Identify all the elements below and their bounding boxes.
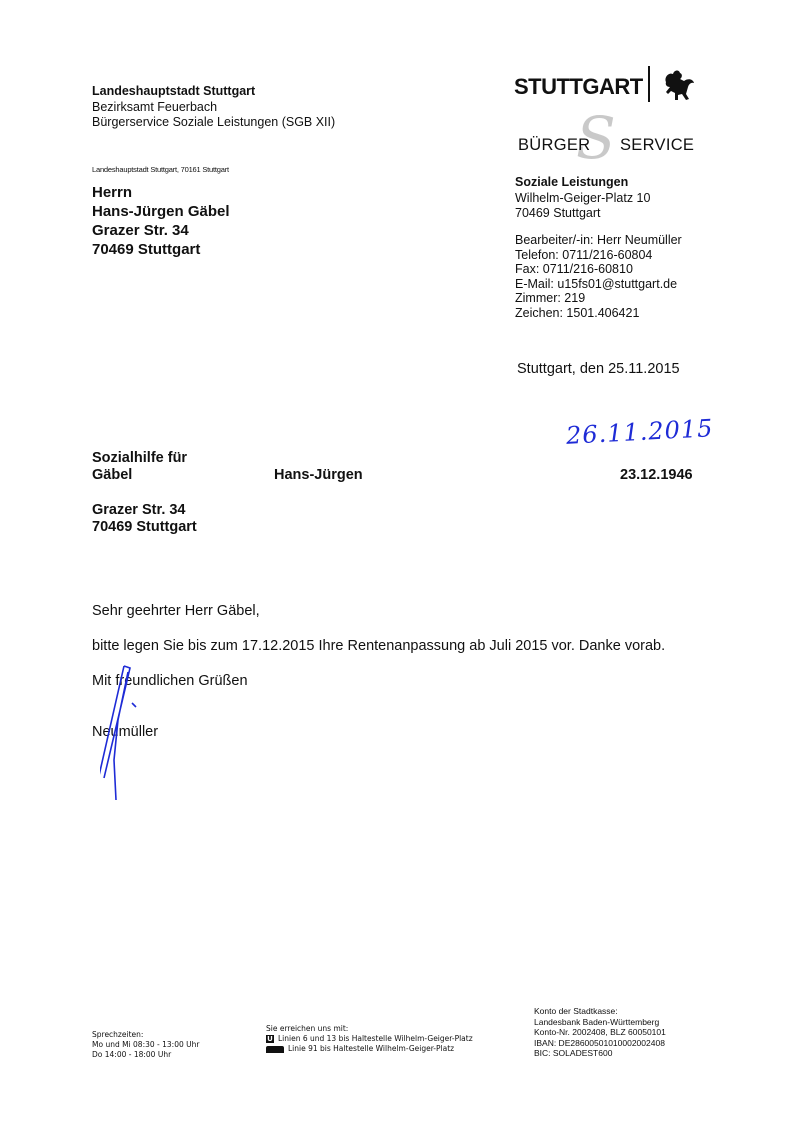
logo-wordmark: STUTTGART: [514, 74, 643, 100]
recipient-address: Herrn Hans-Jürgen Gäbel Grazer Str. 34 7…: [92, 183, 230, 259]
bank-account: Konto-Nr. 2002408, BLZ 60050101: [534, 1027, 666, 1038]
hours-weekday-1: Mo und Mi 08:30 - 13:00 Uhr: [92, 1040, 199, 1050]
sender-organization: Landeshauptstadt Stuttgart: [92, 84, 335, 100]
directions-bus: Linie 91 bis Haltestelle Wilhelm-Geiger-…: [266, 1044, 473, 1054]
recipient-salutation: Herrn: [92, 183, 230, 202]
subject-birth-date: 23.12.1946: [620, 467, 693, 483]
bank-name: Landesbank Baden-Württemberg: [534, 1017, 666, 1028]
sender-department: Bürgerservice Soziale Leistungen (SGB XI…: [92, 115, 335, 131]
directions-bus-text: Linie 91 bis Haltestelle Wilhelm-Geiger-…: [288, 1044, 454, 1054]
bank-iban: IBAN: DE28600501010002002408: [534, 1038, 666, 1049]
logo-service: SERVICE: [620, 136, 694, 155]
office-street: Wilhelm-Geiger-Platz 10: [515, 191, 650, 207]
contact-room: Zimmer: 219: [515, 291, 682, 306]
subject-address: Grazer Str. 34 70469 Stuttgart: [92, 502, 197, 536]
logo-buerger: BÜRGER: [518, 136, 590, 155]
bank-details: Konto der Stadtkasse: Landesbank Baden-W…: [534, 1006, 666, 1059]
ubahn-icon: U: [266, 1035, 274, 1043]
contact-reference: Zeichen: 1501.406421: [515, 306, 682, 321]
subject-street: Grazer Str. 34: [92, 502, 197, 519]
bank-bic: BIC: SOLADEST600: [534, 1048, 666, 1059]
sender-block: Landeshauptstadt Stuttgart Bezirksamt Fe…: [92, 84, 335, 131]
recipient-city: 70469 Stuttgart: [92, 240, 230, 259]
recipient-street: Grazer Str. 34: [92, 221, 230, 240]
contact-handler: Bearbeiter/-in: Herr Neumüller: [515, 233, 682, 248]
return-address: Landeshauptstadt Stuttgart, 70161 Stuttg…: [92, 165, 229, 174]
directions-ubahn: U Linien 6 und 13 bis Haltestelle Wilhel…: [266, 1034, 473, 1044]
contact-phone: Telefon: 0711/216-60804: [515, 248, 682, 263]
hours-title: Sprechzeiten:: [92, 1030, 199, 1040]
handwritten-received-date: 26.11.2015: [565, 414, 714, 450]
bank-title: Konto der Stadtkasse:: [534, 1006, 666, 1017]
subject-first-name: Hans-Jürgen: [274, 467, 363, 483]
subject-last-name: Gäbel: [92, 467, 187, 484]
letter-salutation: Sehr geehrter Herr Gäbel,: [92, 603, 260, 619]
office-block: Soziale Leistungen Wilhelm-Geiger-Platz …: [515, 175, 650, 222]
horse-icon: [660, 68, 696, 108]
handwritten-signature: [100, 660, 180, 810]
buergerservice-logo: S BÜRGER SERVICE: [518, 110, 718, 160]
directions-title: Sie erreichen uns mit:: [266, 1024, 473, 1034]
logo-divider: [648, 66, 650, 102]
bus-icon: [266, 1046, 284, 1053]
subject-title: Sozialhilfe für: [92, 450, 187, 467]
recipient-name: Hans-Jürgen Gäbel: [92, 202, 230, 221]
contact-email[interactable]: E-Mail: u15fs01@stuttgart.de: [515, 277, 682, 292]
sender-district: Bezirksamt Feuerbach: [92, 100, 335, 116]
place-date: Stuttgart, den 25.11.2015: [517, 361, 680, 377]
office-department: Soziale Leistungen: [515, 175, 650, 191]
contact-fax: Fax: 0711/216-60810: [515, 262, 682, 277]
hours-weekday-2: Do 14:00 - 18:00 Uhr: [92, 1050, 199, 1060]
subject-block: Sozialhilfe für Gäbel: [92, 450, 187, 484]
directions: Sie erreichen uns mit: U Linien 6 und 13…: [266, 1024, 473, 1054]
letter-paragraph: bitte legen Sie bis zum 17.12.2015 Ihre …: [92, 638, 665, 654]
subject-city: 70469 Stuttgart: [92, 519, 197, 536]
directions-ubahn-text: Linien 6 und 13 bis Haltestelle Wilhelm-…: [278, 1034, 473, 1044]
office-hours: Sprechzeiten: Mo und Mi 08:30 - 13:00 Uh…: [92, 1030, 199, 1060]
office-city: 70469 Stuttgart: [515, 206, 650, 222]
contact-block: Bearbeiter/-in: Herr Neumüller Telefon: …: [515, 233, 682, 320]
